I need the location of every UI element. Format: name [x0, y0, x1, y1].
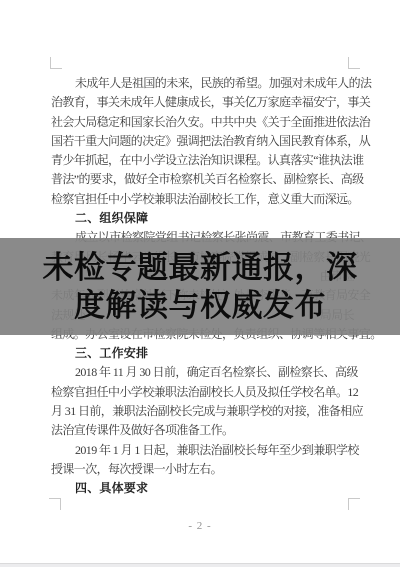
- text-boundary-mark-top-right: [348, 57, 360, 69]
- document-line: 未成年人是祖国的未来，民族的希望。加强对未成年人的法: [51, 74, 354, 93]
- text-boundary-mark-top-left: [50, 57, 62, 69]
- text-boundary-mark-bottom-left: [49, 498, 61, 510]
- document-line: 治教育，事关未成年人健康成长，事关亿万家庭幸福安宁，事关: [51, 93, 354, 112]
- document-line: 国若干重大问题的决定》强调把法治教育纳入国民教育体系，从: [51, 132, 354, 151]
- document-line: 2019 年 1 月 1 日起，兼职法治副校长每年至少到兼职学校: [51, 441, 354, 460]
- headline-line-1: 未检专题最新通报，深: [43, 249, 358, 287]
- document-line: 检察官担任中小学校兼职法治副校长工作，意义重大而深远。: [51, 190, 354, 209]
- headline-line-2: 度解读与权威发布: [74, 287, 326, 325]
- document-line: 检察官担任中小学校兼职法治副校长人员及拟任学校名单。12: [51, 383, 354, 402]
- document-line: 授课一次，每次授课一小时左右。: [51, 460, 354, 479]
- text-boundary-mark-bottom-right: [348, 498, 360, 510]
- document-line: 四、具体要求: [51, 479, 354, 498]
- page-number: - 2 -: [0, 520, 400, 532]
- document-line: 二、组织保障: [51, 209, 354, 228]
- document-line: 青少年抓起，在中小学设立法治知识课程。认真落实“谁执法谁: [51, 151, 354, 170]
- document-line: 社会大局稳定和国家长治久安。中共中央《关于全面推进依法治: [51, 113, 354, 132]
- document-line: 月 31 日前，兼职法治副校长完成与兼职学校的对接，准备相应: [51, 402, 354, 421]
- document-page: 未成年人是祖国的未来，民族的希望。加强对未成年人的法治教育，事关未成年人健康成长…: [0, 0, 400, 563]
- headline-overlay-band: 未检专题最新通报，深 度解读与权威发布: [0, 238, 400, 335]
- document-line: 三、工作安排: [51, 344, 354, 363]
- document-line: 法治宣传课件及做好各项准备工作。: [51, 421, 354, 440]
- document-line: 普法”的要求，做好全市检察机关百名检察长、副检察长、高级: [51, 170, 354, 189]
- document-line: 2018 年 11 月 30 日前，确定百名检察长、副检察长、高级: [51, 363, 354, 382]
- page-bottom-edge: [0, 563, 400, 567]
